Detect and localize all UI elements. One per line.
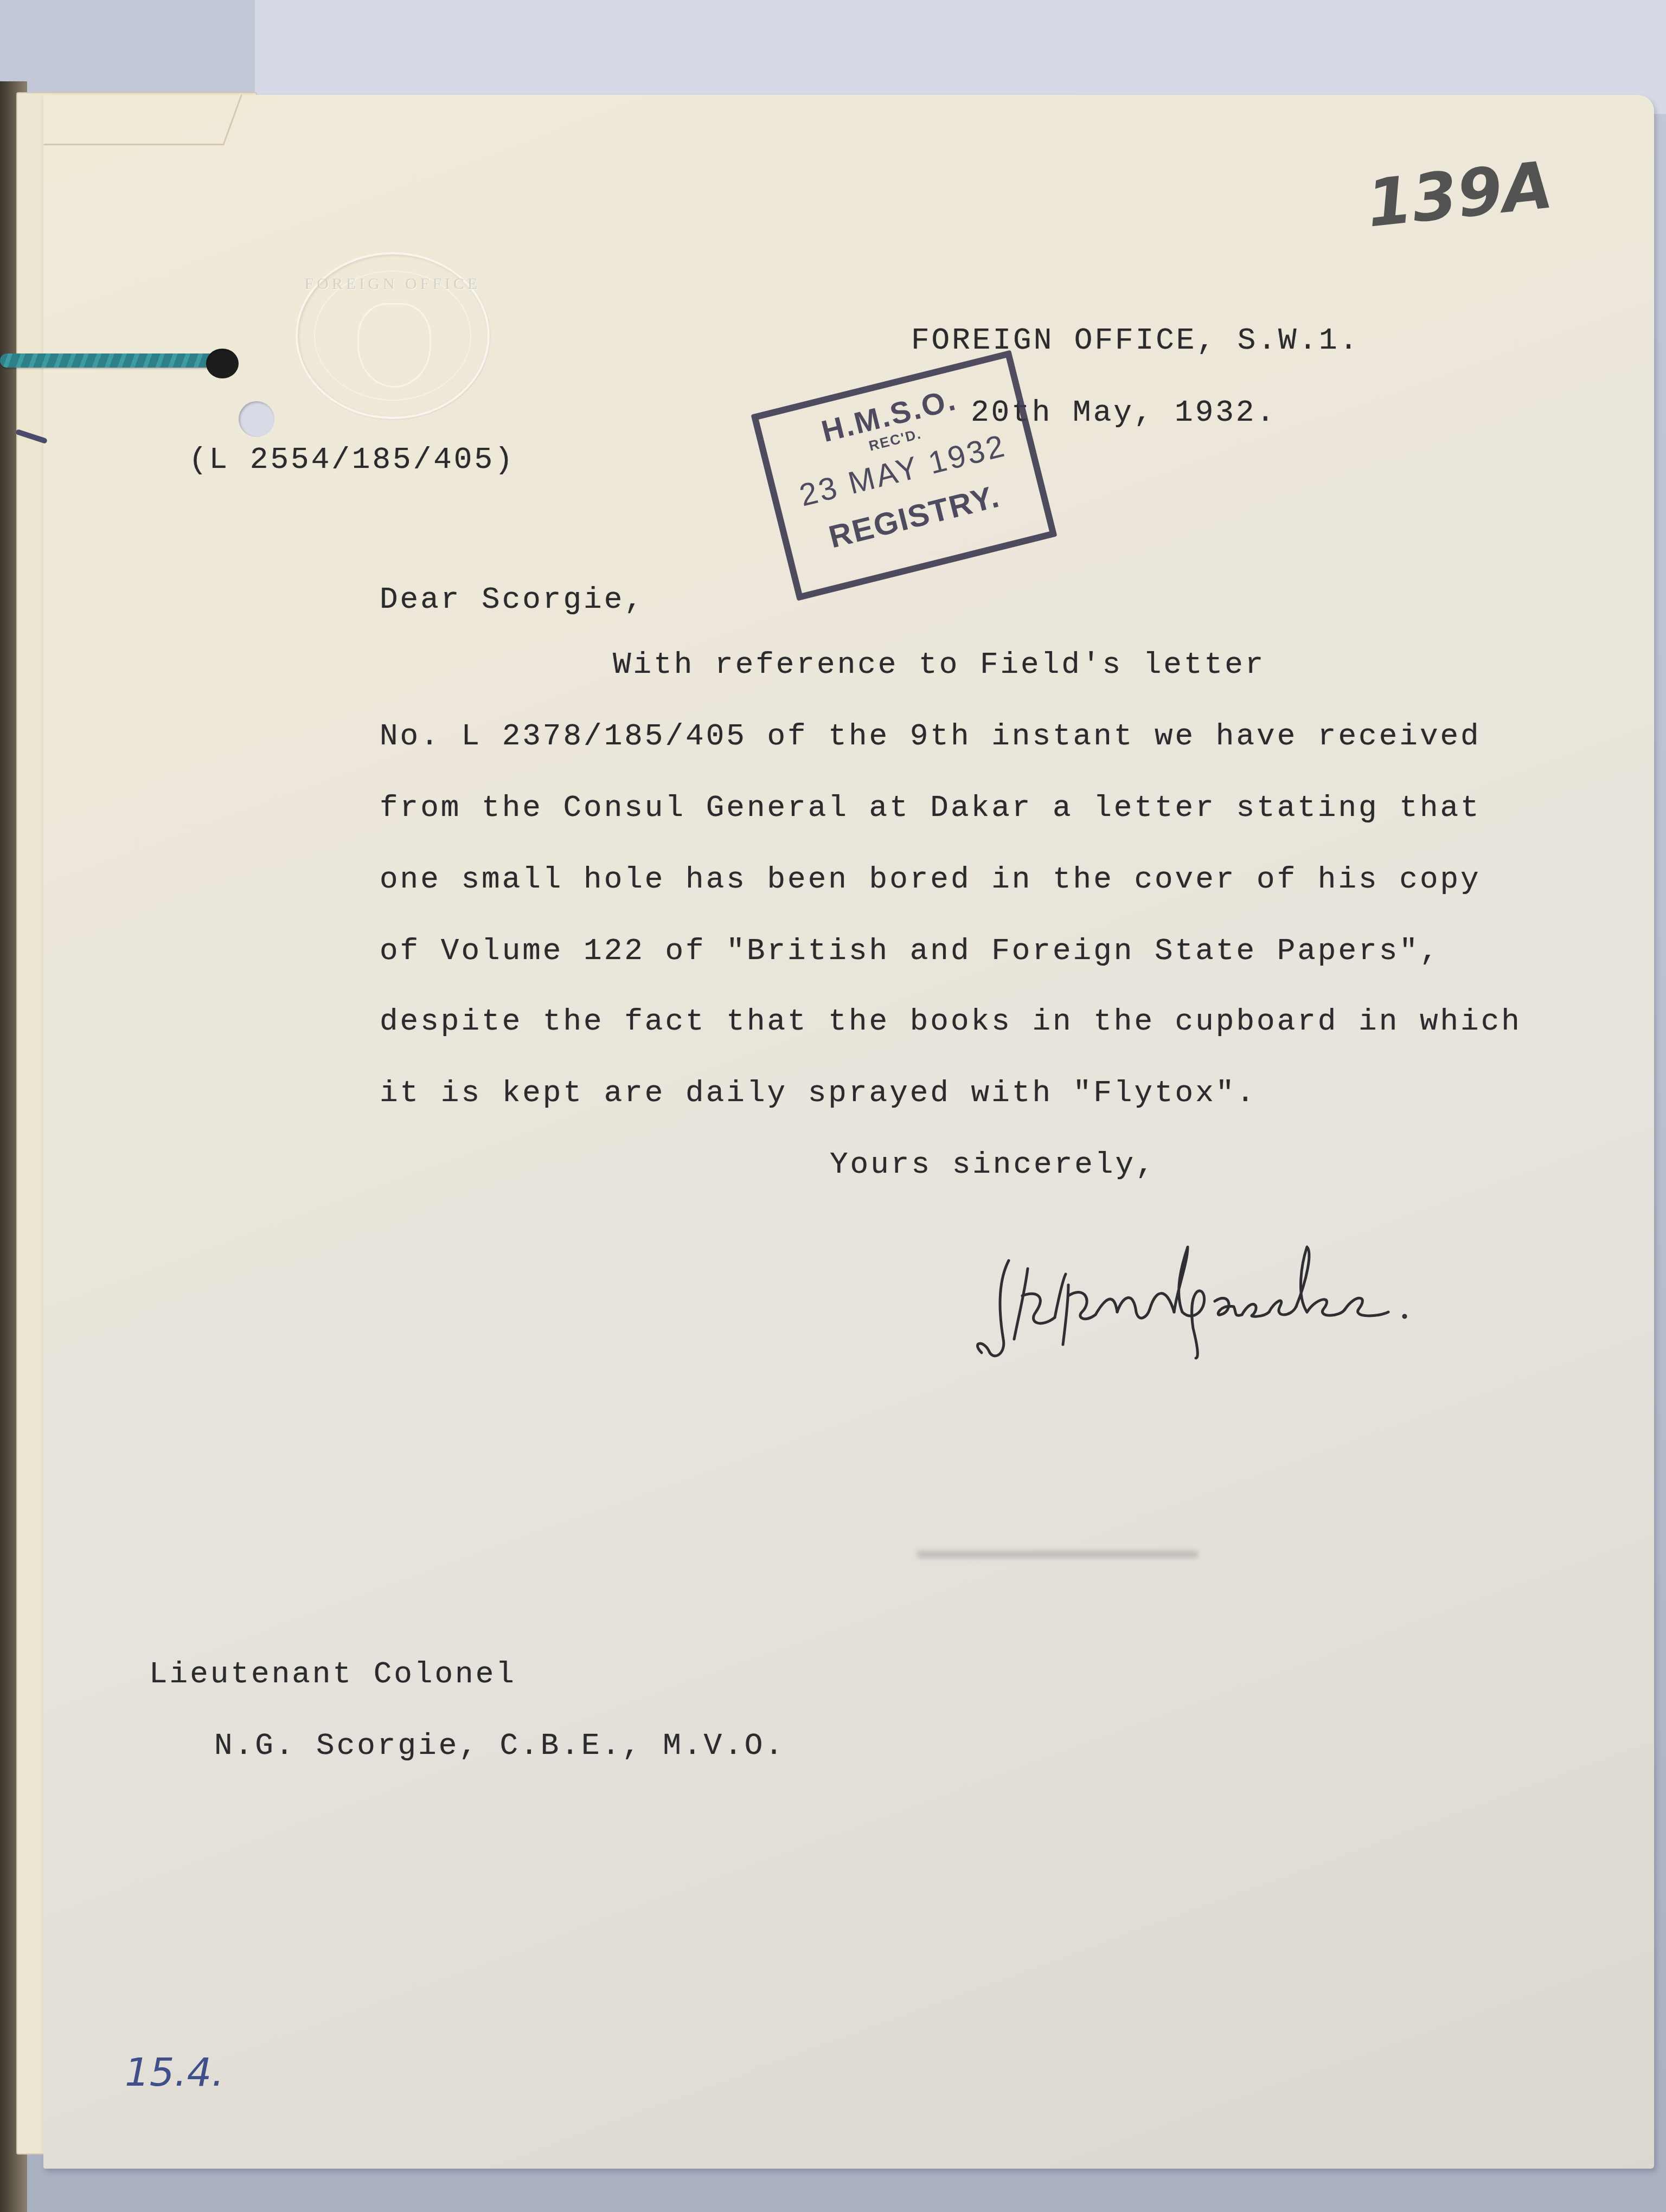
punch-hole-icon (239, 401, 274, 437)
paper-smudge (917, 1551, 1199, 1558)
addressee-title: Lieutenant Colonel (149, 1659, 516, 1689)
body-line: With reference to Field's letter (613, 650, 1265, 680)
addressee-name: N.G. Scorgie, C.B.E., M.V.O. (214, 1731, 785, 1761)
body-line: from the Consul General at Dakar a lette… (380, 793, 1481, 823)
seal-text: FOREIGN OFFICE (298, 275, 488, 293)
body-line: No. L 2378/185/405 of the 9th instant we… (380, 721, 1481, 751)
letterhead-address: FOREIGN OFFICE, S.W.1. (911, 325, 1360, 356)
handwritten-note: 15.4. (125, 2049, 224, 2095)
royal-crest-icon (357, 303, 431, 388)
signature: Stephen Gaselee (960, 1231, 1529, 1372)
body-line: it is kept are daily sprayed with "Flyto… (380, 1078, 1257, 1108)
punch-hole-icon (206, 349, 239, 378)
body-line: despite the fact that the books in the c… (380, 1006, 1522, 1037)
closing: Yours sincerely, (830, 1149, 1156, 1180)
salutation: Dear Scorgie, (380, 584, 645, 615)
file-reference: (L 2554/185/405) (189, 445, 515, 475)
page-corner-fold (43, 95, 242, 145)
body-line: of Volume 122 of "British and Foreign St… (380, 936, 1440, 966)
body-line: one small hole has been bored in the cov… (380, 864, 1481, 895)
embossed-seal-icon: FOREIGN OFFICE (296, 252, 490, 419)
treasury-tag-string (0, 353, 228, 368)
